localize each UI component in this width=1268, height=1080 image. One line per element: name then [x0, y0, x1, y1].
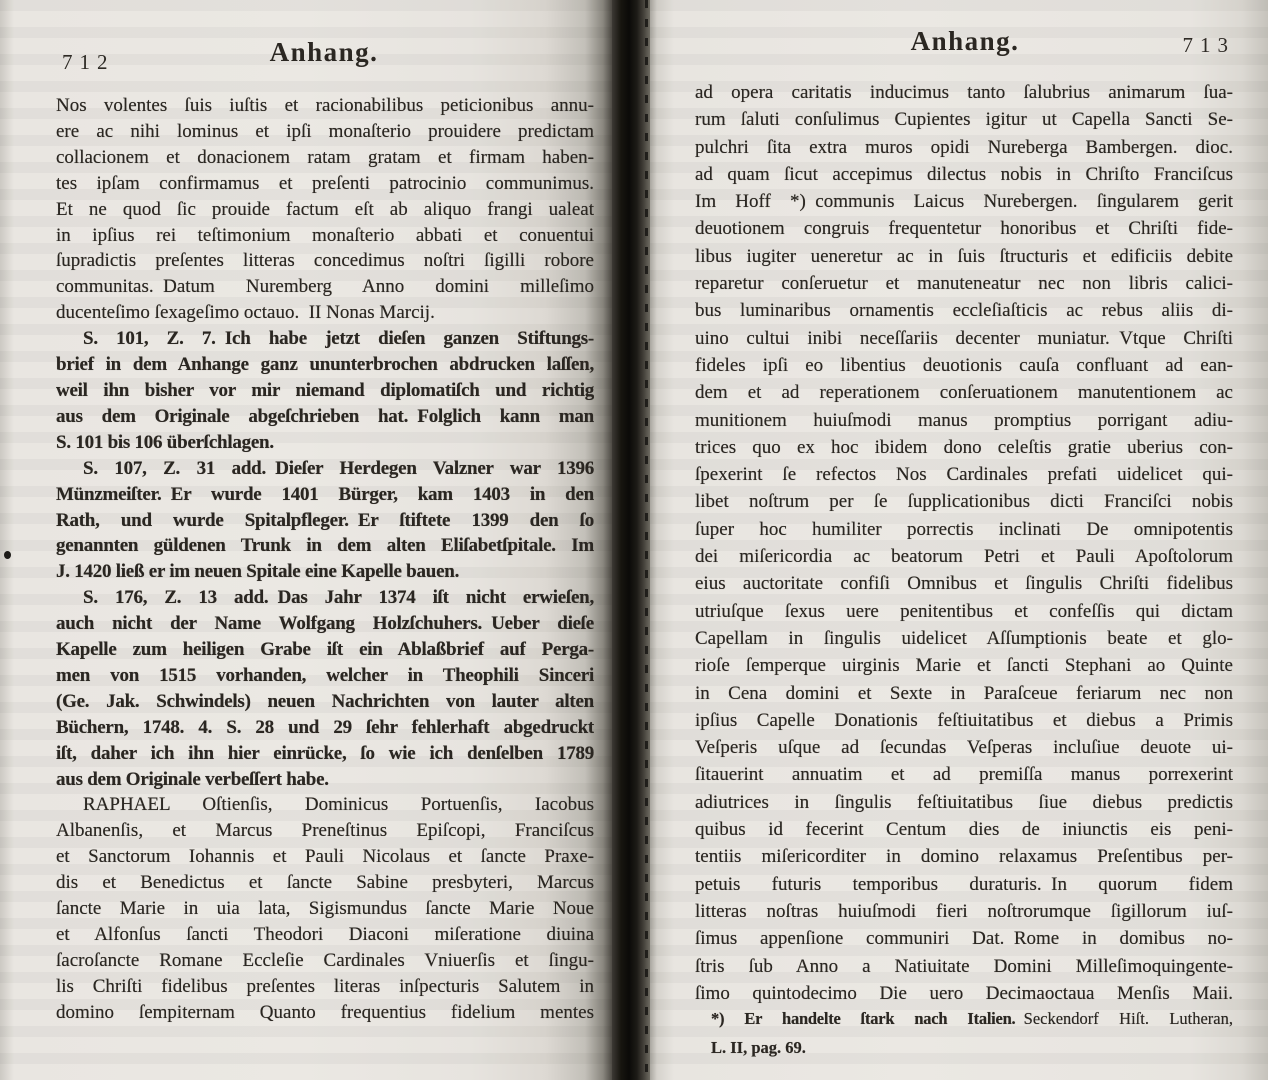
text-line: collacionem et donacionem ratam gratam e… [56, 145, 594, 171]
text-line: ducenteſimo ſexageſimo octauo. II Nonas … [56, 300, 594, 326]
ink-speck [4, 551, 11, 559]
text-line: Im Hoff *) communis Laicus Nurebergen. ſ… [695, 188, 1233, 215]
text-line: L. II, pag. 69. [695, 1034, 1233, 1063]
text-line: fideles ipſi eo libentius deuotionis cau… [695, 352, 1233, 379]
left-page-body: Nos volentes ſuis iuſtis et racionabilib… [56, 93, 594, 1026]
text-line: ſimus appenſione communiri Dat. Rome in … [695, 925, 1233, 952]
running-header-left: Anhang. [54, 37, 594, 68]
text-line: reparetur conſeruetur et manuteneatur ne… [695, 270, 1233, 297]
footnote-citation: Seckendorf Hiſt. Lutheran, [1015, 1009, 1233, 1028]
footnote: *) Er handelte ſtark nach Italien. Secke… [695, 1005, 1233, 1062]
text-line: auch nicht der Name Wolfgang Holzſchuher… [56, 611, 594, 637]
text-line: ſpexerint ſe refectos Nos Cardinales pre… [695, 461, 1233, 488]
text-line: et Alfonſus ſancti Theodori Diaconi miſe… [56, 922, 594, 948]
text-line: RAPHAEL Oſtienſis, Dominicus Portuenſis,… [56, 792, 594, 818]
text-line: adiutrices in ſingulis feſtiuitatibus ſi… [695, 789, 1233, 816]
text-line: aus dem Originale verbeſſert habe. [56, 767, 594, 793]
text-line: litteras noſtras huiuſmodi fieri noſtror… [695, 898, 1233, 925]
text-line: ſimo quintodecimo Die uero Decimaoctaua … [695, 980, 1233, 1007]
text-line: munitionem huiuſmodi manus promptius por… [695, 407, 1233, 434]
binding-stitch-marks [645, 0, 648, 1080]
text-line: J. 1420 ließ er im neuen Spitale eine Ka… [56, 559, 594, 585]
text-line: tes ipſam confirmamus et preſenti patroc… [56, 171, 594, 197]
text-line: ſupradictis preſentes litteras concedimu… [56, 248, 594, 274]
text-line: Et ne quod ſic prouide factum eſt ab ali… [56, 197, 594, 223]
text-line: Rath, und wurde Spitalpfleger. Er ſtifte… [56, 508, 594, 534]
text-line: et Sanctorum Iohannis et Pauli Nicolaus … [56, 844, 594, 870]
text-line: in ipſius rei teſtimonium monaſterio abb… [56, 223, 594, 249]
text-line: utriuſque ſexus uere penitentibus et con… [695, 598, 1233, 625]
text-line: iſt, daher ich ihn hier einrücke, ſo wie… [56, 741, 594, 767]
text-line: in Cena domini et Sexte in Paraſceue fer… [695, 680, 1233, 707]
text-line: dem et ad reperationem conſeruationem ma… [695, 379, 1233, 406]
text-line: domino ſempiternam Quanto frequentius fi… [56, 1000, 594, 1026]
text-line: ſacroſancte Romane Eccleſie Cardinales V… [56, 948, 594, 974]
text-line: S. 176, Z. 13 add. Das Jahr 1374 iſt nic… [56, 585, 594, 611]
text-line: Kapelle zum heiligen Grabe iſt ein Ablaß… [56, 637, 594, 663]
text-line: Münzmeiſter. Er wurde 1401 Bürger, kam 1… [56, 482, 594, 508]
text-line: S. 107, Z. 31 add. Dieſer Herdegen Valzn… [56, 456, 594, 482]
right-page-body: ad opera caritatis inducimus tanto ſalub… [695, 79, 1233, 1007]
text-line: ſuper hoc humiliter porrectis inclinati … [695, 516, 1233, 543]
text-line: ſitauerint annuatim et ad premiſſa manus… [695, 761, 1233, 788]
text-line: pulchri ſita extra muros opidi Nureberga… [695, 134, 1233, 161]
text-line: ſtris ſub Anno a Natiuitate Domini Mille… [695, 953, 1233, 980]
text-line: deuotionem congruis frequentetur honorib… [695, 215, 1233, 242]
text-line: libet noſtrum per ſe ſupplicationibus di… [695, 488, 1233, 515]
text-line: Capellam in ſingulis uidelicet Aſſumptio… [695, 625, 1233, 652]
text-line: lis Chriſti fidelibus preſentes literas … [56, 974, 594, 1000]
text-line: ere ac nihi lominus et ipſi monaſterio p… [56, 119, 594, 145]
left-page: 712 Anhang. Nos volentes ſuis iuſtis et … [0, 0, 612, 1080]
text-line: S. 101 bis 106 überſchlagen. [56, 430, 594, 456]
text-line: weil ihn bisher vor mir niemand diplomat… [56, 378, 594, 404]
text-line: S. 101, Z. 7. Ich habe jetzt dieſen ganz… [56, 326, 594, 352]
text-line: rioſe ſemperque uirginis Marie et ſancti… [695, 652, 1233, 679]
text-line: ad opera caritatis inducimus tanto ſalub… [695, 79, 1233, 106]
text-line: uino cultui inibi neceſſariis decenter m… [695, 325, 1233, 352]
book-scan-spread: 712 Anhang. Nos volentes ſuis iuſtis et … [0, 0, 1268, 1080]
text-line: dei miſericordia ac beatorum Petri et Pa… [695, 543, 1233, 570]
text-line: brief in dem Anhange ganz ununterbrochen… [56, 352, 594, 378]
text-line: eius auctoritate confiſi Omnibus et ſing… [695, 570, 1233, 597]
text-line: ſancte Marie in uia lata, Sigismundus ſa… [56, 896, 594, 922]
text-line: libus iugiter ueneretur ac in ſuis ſtruc… [695, 243, 1233, 270]
text-line: trices quo ex hoc ibidem dono celeſtis g… [695, 434, 1233, 461]
text-line: petuis futuris temporibus duraturis. In … [695, 871, 1233, 898]
text-line: communitas. Datum Nuremberg Anno domini … [56, 274, 594, 300]
text-line: quibus id fecerint Centum dies de iniunc… [695, 816, 1233, 843]
text-line: rum ſaluti conſulimus Cupientes igitur u… [695, 106, 1233, 133]
text-line: Nos volentes ſuis iuſtis et racionabilib… [56, 93, 594, 119]
text-line: tentiis miſericorditer in domino relaxam… [695, 843, 1233, 870]
text-line: bus luminaribus ornamentis eccleſiaſtici… [695, 297, 1233, 324]
text-line: genannten güldenen Trunk in dem alten El… [56, 533, 594, 559]
text-line: (Ge. Jak. Schwindels) neuen Nachrichten … [56, 689, 594, 715]
text-line: Albanenſis, et Marcus Preneſtinus Epiſco… [56, 818, 594, 844]
text-line: Büchern, 1748. 4. S. 28 und 29 ſehr fehl… [56, 715, 594, 741]
text-line: ipſius Capelle Donationis feſtiuitatibus… [695, 707, 1233, 734]
right-page: Anhang. 713 ad opera caritatis inducimus… [650, 0, 1268, 1080]
text-line: ad quam ſicut accepimus dilectus nobis i… [695, 161, 1233, 188]
text-line: *) Er handelte ſtark nach Italien. Secke… [695, 1005, 1233, 1034]
text-line: Veſperis uſque ad ſecundas Veſperas incl… [695, 734, 1233, 761]
text-line: aus dem Originale abgeſchrieben hat. Fol… [56, 404, 594, 430]
page-number-right: 713 [695, 33, 1235, 58]
text-line: dis et Benedictus et ſancte Sabine presb… [56, 870, 594, 896]
text-line: men von 1515 vorhanden, welcher in Theop… [56, 663, 594, 689]
